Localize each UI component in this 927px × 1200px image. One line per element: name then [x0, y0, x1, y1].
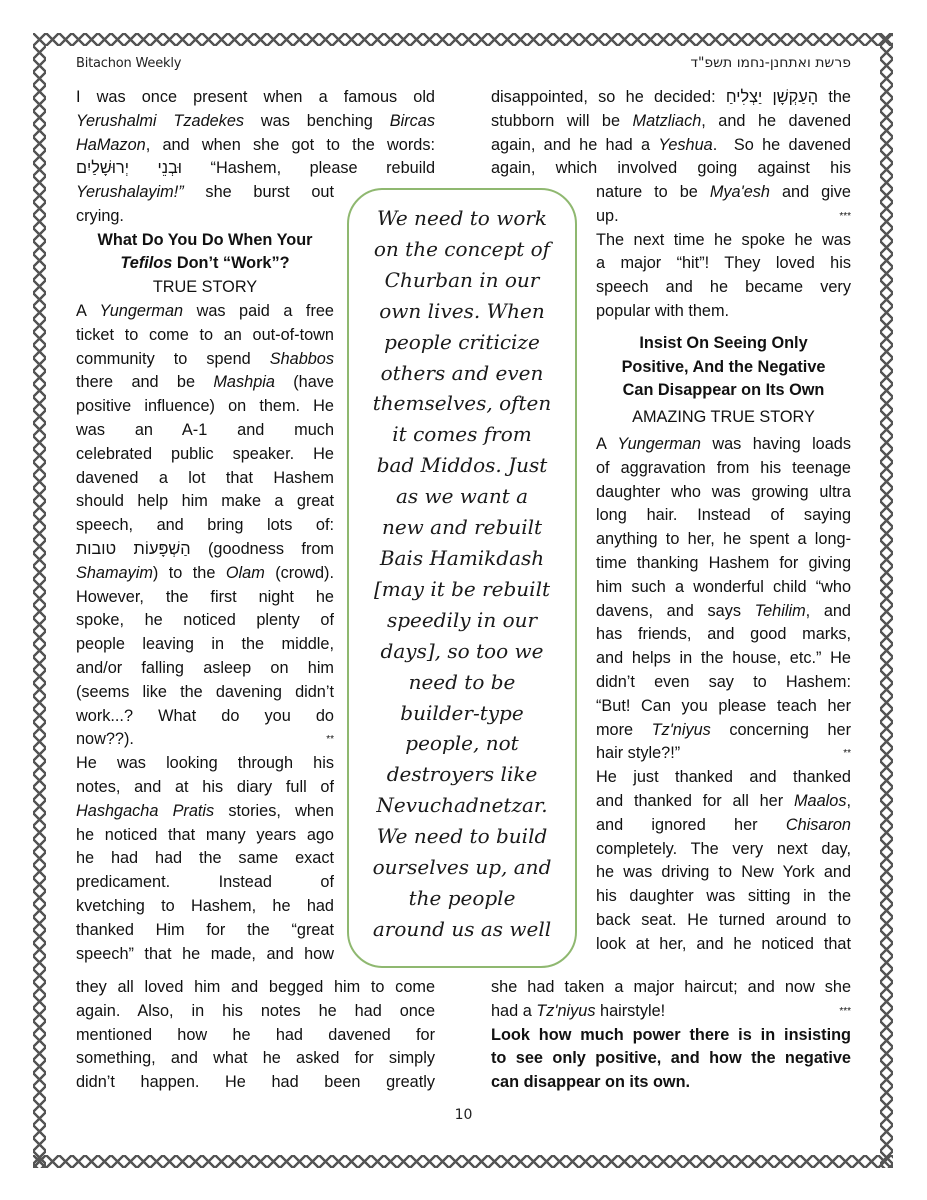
text-line: positive influence) on them. He — [76, 395, 334, 419]
text-line: daughter who was growing ultra — [596, 481, 851, 505]
text-line: notes, and at his diary full of — [76, 776, 334, 800]
quote-line: builder-type — [349, 698, 575, 729]
text-line: kvetching to Hashem, he had — [76, 895, 334, 919]
text-line: more Tz'niyus concerning her — [596, 719, 851, 743]
text-line: Yerushalayim!” she burst out — [76, 181, 334, 205]
text-line: He was looking through his — [76, 752, 334, 776]
text-line: should help him make a great — [76, 490, 334, 514]
pull-quote-text: We need to work on the concept of Churba… — [349, 203, 575, 945]
text-line: speech” that he made, and how — [76, 943, 334, 967]
text-line: community to spend Shabbos — [76, 348, 334, 372]
quote-line: destroyers like — [349, 759, 575, 790]
text-line: predicament. Instead of — [76, 871, 334, 895]
text-line: him such a wonderful child “who — [596, 576, 851, 600]
text-line: speech, and bring lots of: — [76, 514, 334, 538]
text-line: had a Tz'niyus hairstyle!*** — [491, 1000, 851, 1024]
text-line: again, and he had a Yeshua. So he davene… — [491, 134, 851, 158]
text-line: disappointed, so he decided: הָעַקְשָׁן … — [491, 86, 851, 110]
text-line: of aggravation from his teenage — [596, 457, 851, 481]
quote-line: others and even — [349, 358, 575, 389]
text-line: she had taken a major haircut; and now s… — [491, 976, 851, 1000]
publication-title: Bitachon Weekly — [76, 56, 181, 71]
text-line: time thanking Hashem for giving — [596, 552, 851, 576]
text-line: A Yungerman was having loads — [596, 433, 851, 457]
text-line: A Yungerman was paid a free — [76, 300, 334, 324]
text-line: thanked Him for the “great — [76, 919, 334, 943]
text-line: nature to be Mya'esh and give — [596, 181, 851, 205]
quote-line: Nevuchadnetzar. — [349, 790, 575, 821]
text-line: has friends, and good marks, — [596, 623, 851, 647]
text-line: again, which involved going against his — [491, 157, 851, 181]
text-line: ticket to come to an out-of-town — [76, 324, 334, 348]
left-bottom: they all loved him and begged him to com… — [76, 976, 435, 1095]
text-line: now??).** — [76, 728, 334, 752]
text-line: they all loved him and begged him to com… — [76, 976, 435, 1000]
text-line: Yerushalmi Tzadekes was benching Bircas — [76, 110, 435, 134]
text-line: celebrated public speaker. He — [76, 443, 334, 467]
text-line: and helps in the house, etc.” He — [596, 647, 851, 671]
quote-line: people, not — [349, 728, 575, 759]
page-border-left — [33, 33, 46, 1168]
text-line: The next time he spoke he was — [596, 229, 851, 253]
text-line: popular with them. — [596, 300, 851, 324]
separator-stars: ** — [843, 742, 851, 766]
right-top: disappointed, so he decided: הָעַקְשָׁן … — [491, 86, 851, 181]
page-border-bottom — [33, 1155, 893, 1168]
text-line: he noticed that many years ago — [76, 824, 334, 848]
separator-stars: *** — [839, 1000, 851, 1024]
section-heading: What Do You Do When Your — [76, 229, 334, 253]
text-line: Shamayim) to the Olam (crowd). — [76, 562, 334, 586]
quote-line: the people — [349, 883, 575, 914]
text-line: spoke, he noticed plenty of — [76, 609, 334, 633]
quote-line: Bais Hamikdash — [349, 543, 575, 574]
quote-line: as we want a — [349, 481, 575, 512]
section-heading: Can Disappear on Its Own — [596, 379, 851, 403]
text-line: and thanked for all her Maalos, — [596, 790, 851, 814]
right-narrow-column: nature to be Mya'esh and give up.*** The… — [596, 181, 851, 957]
text-line: back seat. He turned around to — [596, 909, 851, 933]
text-line: Hashgacha Pratis stories, when — [76, 800, 334, 824]
quote-line: own lives. When — [349, 296, 575, 327]
text-line: stubborn will be Matzliach, and he daven… — [491, 110, 851, 134]
left-intro: I was once present when a famous old Yer… — [76, 86, 435, 181]
text-line: anything to her, he spent a long- — [596, 528, 851, 552]
right-bottom: she had taken a major haircut; and now s… — [491, 976, 851, 1095]
text-line: and/or falling asleep on him — [76, 657, 334, 681]
text-line: speech and he became very — [596, 276, 851, 300]
text-line: a major “hit”! They loved his — [596, 252, 851, 276]
quote-line: We need to work — [349, 203, 575, 234]
text-line: there and be Mashpia (have — [76, 371, 334, 395]
quote-line: bad Middos. Just — [349, 450, 575, 481]
quote-line: We need to build — [349, 821, 575, 852]
text-line: He just thanked and thanked — [596, 766, 851, 790]
left-narrow-column: Yerushalayim!” she burst out crying. Wha… — [76, 181, 334, 966]
text-line: davens, and says Tehilim, and — [596, 600, 851, 624]
text-line: his daughter was sitting in the — [596, 885, 851, 909]
text-line: again. Also, in his notes he had once — [76, 1000, 435, 1024]
text-line: (seems like the davening didn’t — [76, 681, 334, 705]
page-border-right — [880, 33, 893, 1168]
quote-line: on the concept of — [349, 234, 575, 265]
text-line: long hair. Instead of saying — [596, 504, 851, 528]
text-line: davened a lot that Hashem — [76, 467, 334, 491]
conclusion-line: can disappear on its own. — [491, 1071, 851, 1095]
text-line: וּבְנֵי יְרוּשָׁלַיִם “Hashem, please re… — [76, 157, 435, 181]
quote-line: new and rebuilt — [349, 512, 575, 543]
quote-line: [may it be rebuilt — [349, 574, 575, 605]
text-line: mentioned how he had davened for — [76, 1024, 435, 1048]
text-line: something, and what he asked for simply — [76, 1047, 435, 1071]
text-line: work...? What do you do — [76, 705, 334, 729]
text-line: “But! Can you please teach her — [596, 695, 851, 719]
quote-line: need to be — [349, 667, 575, 698]
conclusion-line: Look how much power there is in insistin… — [491, 1024, 851, 1048]
text-line: הַשְׁפָּעוֹת טובות (goodness from — [76, 538, 334, 562]
text-line: crying. — [76, 205, 334, 229]
text-line: completely. The very next day, — [596, 838, 851, 862]
text-line: However, the first night he — [76, 586, 334, 610]
section-heading: Insist On Seeing Only — [596, 332, 851, 356]
text-line: he had had the same exact — [76, 847, 334, 871]
text-line: I was once present when a famous old — [76, 86, 435, 110]
page-border-top — [33, 33, 893, 46]
page-number: 10 — [0, 1107, 927, 1123]
separator-stars: *** — [839, 205, 851, 229]
text-line: didn’t even say to Hashem: — [596, 671, 851, 695]
text-line: and ignored her Chisaron — [596, 814, 851, 838]
separator-stars: ** — [326, 728, 334, 752]
text-line: HaMazon, and when she got to the words: — [76, 134, 435, 158]
quote-line: speedily in our — [349, 605, 575, 636]
quote-line: ourselves up, and — [349, 852, 575, 883]
quote-line: people criticize — [349, 327, 575, 358]
quote-line: themselves, often — [349, 388, 575, 419]
text-line: up.*** — [596, 205, 851, 229]
section-heading: Tefilos Don’t “Work”? — [76, 252, 334, 276]
section-subheading: TRUE STORY — [76, 276, 334, 300]
text-line: he was driving to New York and — [596, 861, 851, 885]
text-line: look at her, and he noticed that — [596, 933, 851, 957]
conclusion-line: to see only positive, and how the negati… — [491, 1047, 851, 1071]
text-line: was an A-1 and much — [76, 419, 334, 443]
section-heading: Positive, And the Negative — [596, 356, 851, 380]
quote-line: around us as well — [349, 914, 575, 945]
parsha-title: פרשת ואתחנן-נחמו תשפ"ד — [690, 55, 851, 71]
quote-line: days], so too we — [349, 636, 575, 667]
text-line: people leaving in the middle, — [76, 633, 334, 657]
section-subheading: AMAZING TRUE STORY — [596, 406, 851, 430]
text-line: hair style?!”** — [596, 742, 851, 766]
quote-line: Churban in our — [349, 265, 575, 296]
text-line: didn’t happen. He had been greatly — [76, 1071, 435, 1095]
quote-line: it comes from — [349, 419, 575, 450]
